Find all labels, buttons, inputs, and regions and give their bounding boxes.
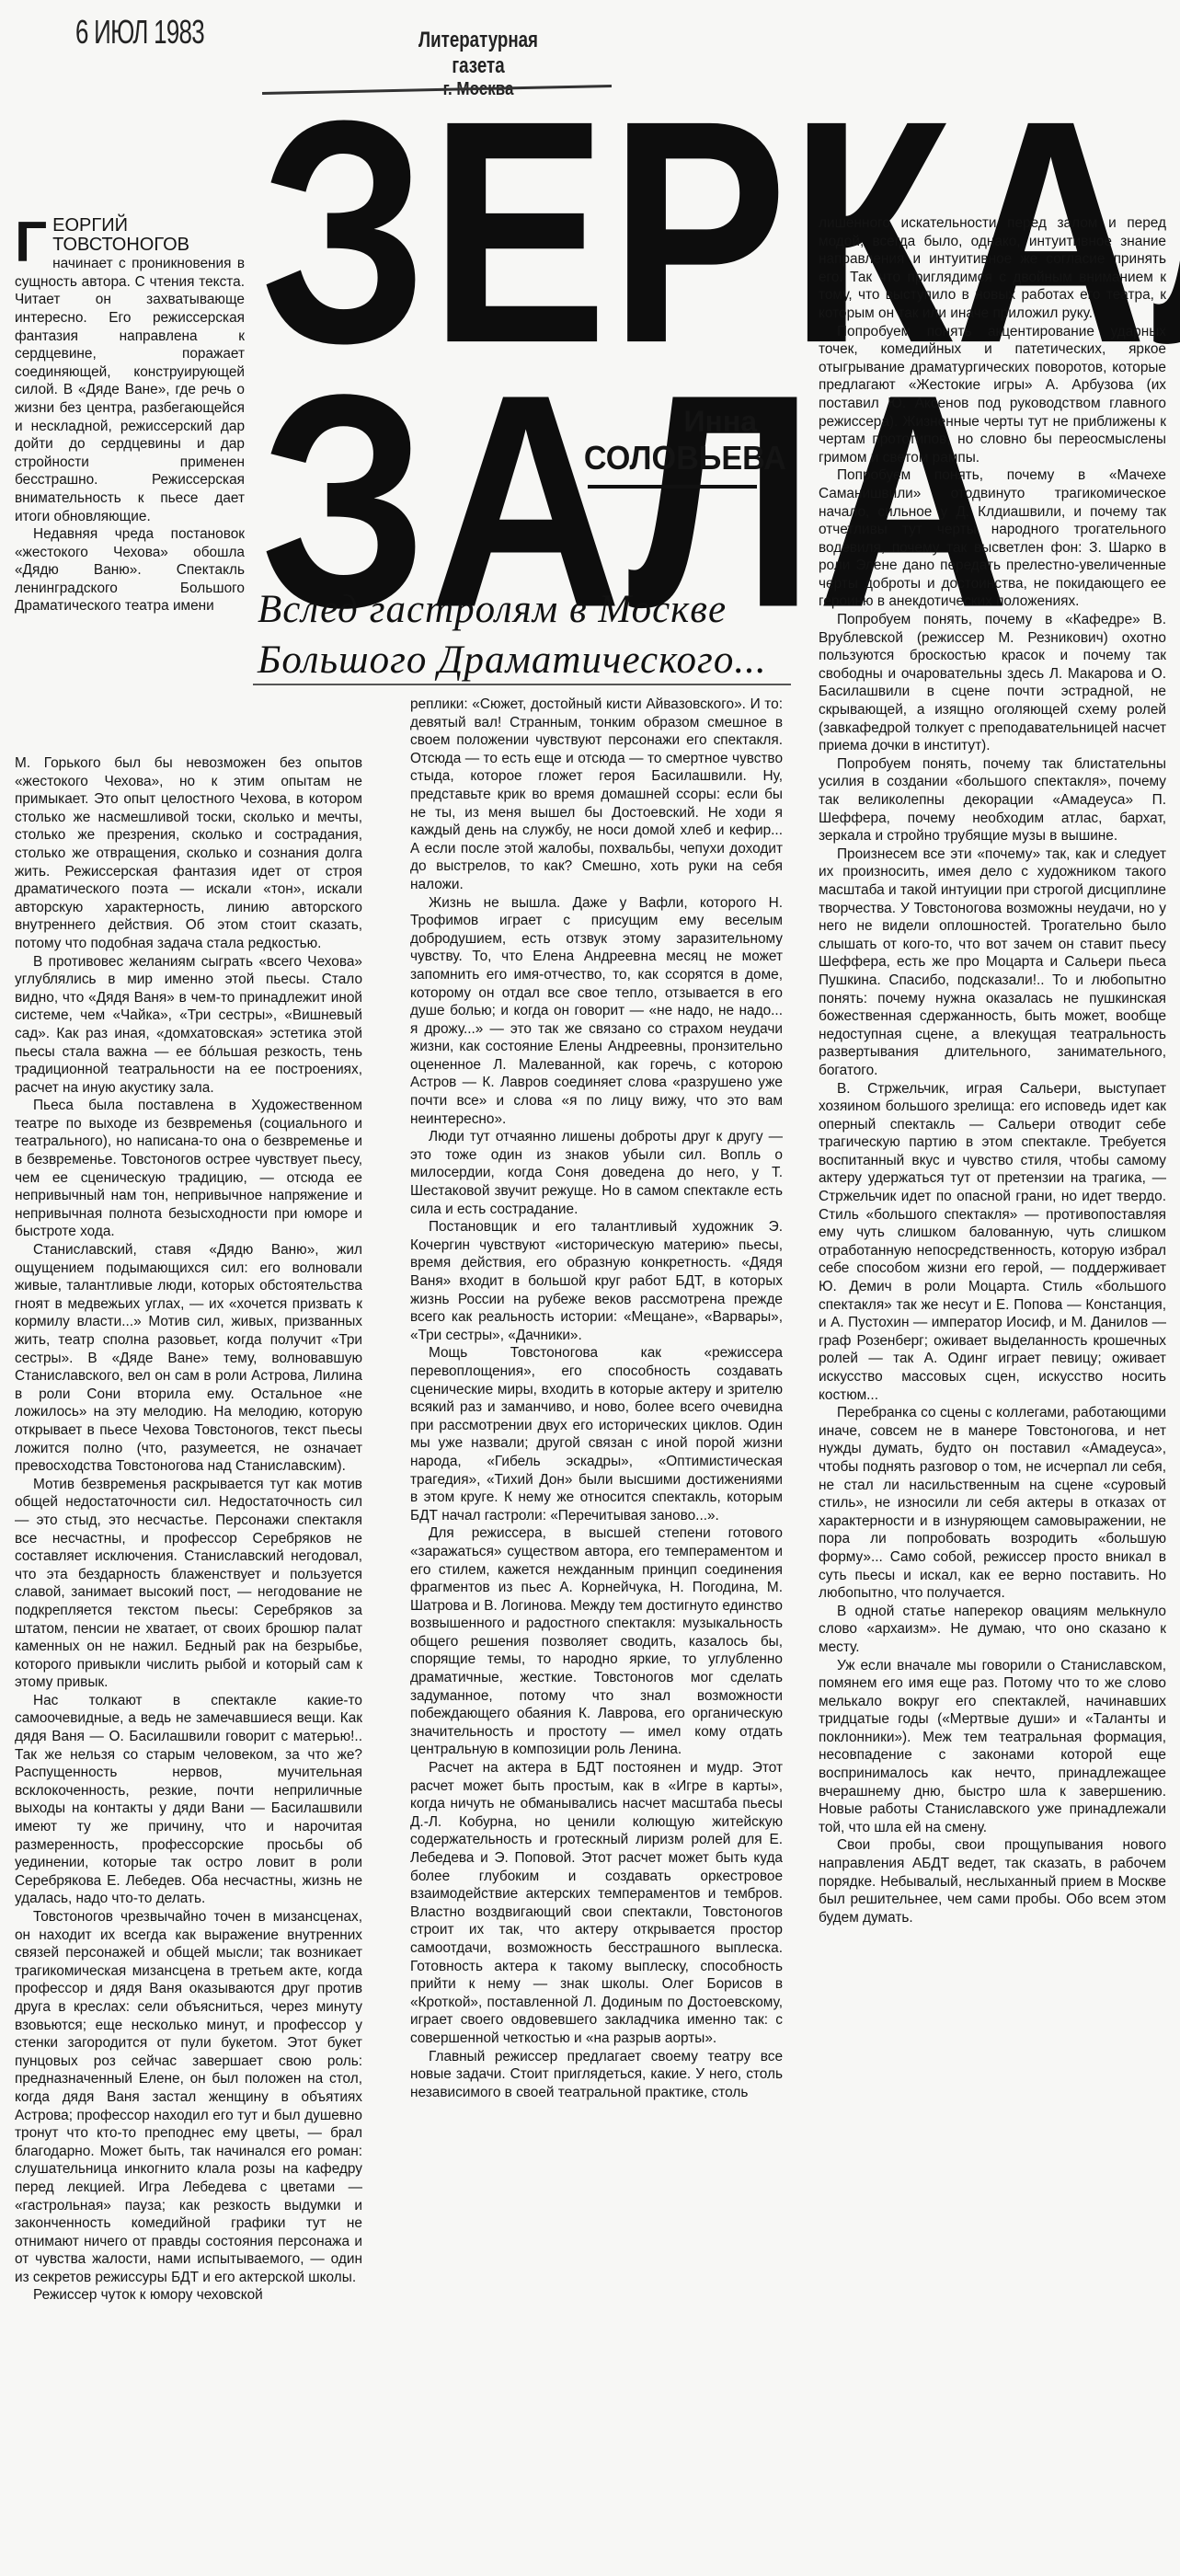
paragraph: Пьеса была поставлена в Художественном т… (15, 1097, 362, 1241)
lead-caps: еоргий Товстоногов (52, 215, 189, 255)
paragraph: Мощь Товстоногова как «режиссера перевоп… (410, 1344, 783, 1524)
paragraph: Режиссер чуток к юмору чеховской (15, 2286, 362, 2305)
paragraph: В противовес желаниям сыграть «всего Чех… (15, 953, 362, 1098)
subheadline-line-2: Большого Драматического... (258, 635, 773, 685)
divider (253, 684, 791, 685)
right-column: лишенного искательности перед залом и пе… (819, 214, 1166, 1926)
paragraph: Нас толкают в спектакле какие-то самооче… (15, 1692, 362, 1908)
paragraph: Главный режиссер предлагает своему театр… (410, 2048, 783, 2102)
paragraph: Перебранка со сцены с коллегами, работаю… (819, 1404, 1166, 1603)
paragraph: Жизнь не вышла. Даже у Вафли, которого Н… (410, 894, 783, 1129)
drop-cap: Г (15, 219, 47, 267)
lead-text: начинает с проникновения в сущность авто… (15, 256, 245, 523)
byline-rule (588, 485, 757, 489)
paragraph: Свои пробы, свои прощупывания нового нап… (819, 1836, 1166, 1926)
author-first-name: Инна (575, 405, 757, 439)
byline: Инна СОЛОВЬЕВА (575, 405, 757, 489)
paragraph: Попробуем понять, почему в «Мачехе Саман… (819, 466, 1166, 611)
paragraph: Постановщик и его талантливый художник Э… (410, 1218, 783, 1344)
paragraph: Попробуем понять, почему так блистательн… (819, 755, 1166, 845)
paragraph: Попробуем понять акцентирование ударных … (819, 323, 1166, 467)
paragraph: Для режиссера, в высшей степени готового… (410, 1524, 783, 1759)
paragraph: Уж если вначале мы говорили о Станиславс… (819, 1657, 1166, 1837)
paragraph: Мотив безвременья раскрывается тут как м… (15, 1476, 362, 1692)
paragraph: Попробуем понять, почему в «Кафедре» В. … (819, 611, 1166, 755)
paragraph: Расчет на актера в БДТ постоянен и мудр.… (410, 1759, 783, 2048)
paragraph: Товстоногов чрезвычайно точен в мизансце… (15, 1908, 362, 2286)
lead-paragraph: Георгий Товстоногов начинает с проникнов… (15, 217, 245, 525)
paragraph: лишенного искательности перед залом и пе… (819, 214, 1166, 323)
left-column-lead: Георгий Товстоногов начинает с проникнов… (15, 217, 245, 615)
paragraph: В. Стржельчик, играя Сальери, выступает … (819, 1080, 1166, 1405)
paragraph: реплики: «Сюжет, достойный кисти Айвазов… (410, 696, 783, 894)
subheadline: Вслед гастролям в Москве Большого Драмат… (258, 584, 773, 685)
middle-column: реплики: «Сюжет, достойный кисти Айвазов… (410, 696, 783, 2101)
paragraph: В одной статье наперекор овациям мелькну… (819, 1603, 1166, 1657)
left-column: М. Горького был бы невозможен без опытов… (15, 754, 362, 2305)
paragraph: Недавняя чреда постановок «жестокого Чех… (15, 525, 245, 615)
author-last-name: СОЛОВЬЕВА (584, 439, 757, 477)
date-stamp: 6 ИЮЛ 1983 (75, 13, 204, 52)
paragraph: Люди тут отчаянно лишены доброты друг к … (410, 1128, 783, 1218)
paragraph: М. Горького был бы невозможен без опытов… (15, 754, 362, 953)
paragraph: Произнесем все эти «почему» так, как и с… (819, 845, 1166, 1080)
paragraph: Станиславский, ставя «Дядю Ваню», жил ощ… (15, 1241, 362, 1476)
subheadline-line-1: Вслед гастролям в Москве (258, 584, 773, 635)
